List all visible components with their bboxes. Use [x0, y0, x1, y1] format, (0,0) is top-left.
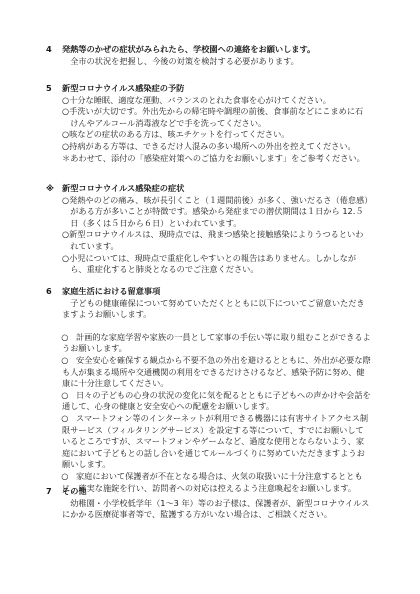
list-item: ○小児については、現時点で重症化しやすいとの報告はありません。しかしながら、重症… [62, 253, 371, 276]
list-item: ○咳などの症状のある方は、咳エチケットを行ってください。 [62, 129, 371, 141]
circle-bullet: ○ [61, 355, 76, 367]
section-number: 6 [46, 286, 62, 298]
section-symptoms-note: ※ 新型コロナウイルス感染症の症状 ○発熱やのどの痛み、咳が長引くこと（１週間前… [46, 183, 371, 276]
section-7-body: 幼稚園・小学校低学年（1～3 年）等のお子様は、保護者が、新型コロナウイルスにか… [62, 498, 371, 521]
list-item: ○手洗いが大切です。外出先からの帰宅時や調理の前後、食事前などにこまめに石けんや… [62, 106, 371, 129]
reference-note: ＊あわせて、添付の「感染症対策へのご協力をお願いします」をご参考ください。 [62, 153, 371, 165]
circle-bullet: ○ [61, 413, 76, 425]
section-title: 新型コロナウイルス感染症の予防 [62, 83, 184, 95]
section-number: 4 [46, 44, 62, 56]
section-title: 新型コロナウイルス感染症の症状 [62, 183, 184, 195]
section-7: 7 その他 幼稚園・小学校低学年（1～3 年）等のお子様は、保護者が、新型コロナ… [46, 486, 371, 521]
list-item: ○安全安心を確保する観点から不要不急の外出を避けるとともに、外出が必要な際も人が… [62, 355, 371, 390]
list-item: ○発熱やのどの痛み、咳が長引くこと（１週間前後）が多く、強いだるさ（倦怠感）があ… [62, 195, 371, 230]
list-item: ○計画的な家庭学習や家族の一員として家事の手伝い等に取り組むことができるようお願… [62, 332, 371, 355]
section-4-body: 全市の状況を把握し、今後の対策を検討する必要があります。 [62, 56, 371, 68]
note-mark: ※ [46, 183, 62, 195]
list-item: ○日々の子どもの心身の状況の変化に気を配るとともに子どもへの声かけや会話を通して… [62, 390, 371, 413]
list-item-text: 日々の子どもの心身の状況の変化に気を配るとともに子どもへの声かけや会話を通して、… [62, 390, 371, 412]
list-item-text: スマートフォン等のインターネットが利用できる機器には有害サイトアクセス制限サービ… [62, 413, 368, 469]
section-6: 6 家庭生活における留意事項 子どもの健康確保について努めていただくとともに以下… [46, 286, 371, 494]
section-6-heading: 6 家庭生活における留意事項 [46, 286, 371, 298]
document-page: 4 発熱等のかぜの症状がみられたら、学校園への連絡をお願いします。 全市の状況を… [0, 0, 420, 594]
section-5-heading: 5 新型コロナウイルス感染症の予防 [46, 83, 371, 95]
section-4: 4 発熱等のかぜの症状がみられたら、学校園への連絡をお願いします。 全市の状況を… [46, 44, 371, 67]
section-title: 発熱等のかぜの症状がみられたら、学校園への連絡をお願いします。 [62, 44, 315, 56]
section-number: 5 [46, 83, 62, 95]
section-number: 7 [46, 486, 62, 498]
section-7-heading: 7 その他 [46, 486, 371, 498]
list-item: ○新型コロナウイルスは、現時点では、飛まつ感染と接触感染によりうつるといわれてい… [62, 229, 371, 252]
circle-bullet: ○ [61, 332, 76, 344]
section-title: 家庭生活における留意事項 [62, 286, 160, 298]
list-item-text: 安全安心を確保する観点から不要不急の外出を避けるとともに、外出が必要な際も人が集… [62, 355, 371, 388]
circle-bullet: ○ [61, 471, 76, 483]
list-item: ○持病がある方等は、できるだけ人混みの多い場所への外出を控えてください。 [62, 141, 371, 153]
list-item-text: 計画的な家庭学習や家族の一員として家事の手伝い等に取り組むことができるようお願い… [62, 332, 371, 354]
section-5: 5 新型コロナウイルス感染症の予防 ○十分な睡眠、適度な運動、バランスのとれた食… [46, 83, 371, 164]
list-item: ○十分な睡眠、適度な運動、バランスのとれた食事を心がけてください。 [62, 95, 371, 107]
circle-bullet: ○ [61, 390, 76, 402]
section-6-intro: 子どもの健康確保について努めていただくとともに以下についてご留意いただきますよう… [62, 298, 371, 321]
section-title: その他 [62, 486, 87, 498]
section-4-heading: 4 発熱等のかぜの症状がみられたら、学校園への連絡をお願いします。 [46, 44, 371, 56]
list-item: ○スマートフォン等のインターネットが利用できる機器には有害サイトアクセス制限サー… [62, 413, 371, 471]
note-heading: ※ 新型コロナウイルス感染症の症状 [46, 183, 371, 195]
